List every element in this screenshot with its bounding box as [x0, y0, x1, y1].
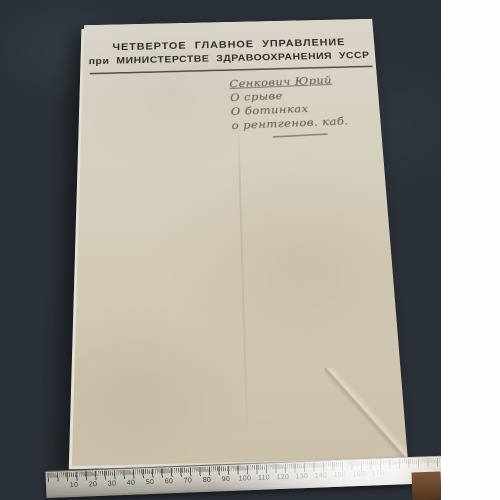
handwriting-underline-stroke [273, 133, 328, 138]
corner-fold [325, 366, 408, 460]
paper-crease [237, 120, 248, 435]
document-cover: ЧЕТВЕРТОЕ ГЛАВНОЕ УПРАВЛЕНИЕ при МИНИСТЕ… [72, 19, 408, 467]
image-margin [441, 0, 500, 500]
document-header: ЧЕТВЕРТОЕ ГЛАВНОЕ УПРАВЛЕНИЕ при МИНИСТЕ… [83, 19, 376, 67]
ruler-wood-end [412, 472, 441, 500]
photo-of-document: ЧЕТВЕРТОЕ ГЛАВНОЕ УПРАВЛЕНИЕ при МИНИСТЕ… [0, 0, 500, 500]
photo-background: ЧЕТВЕРТОЕ ГЛАВНОЕ УПРАВЛЕНИЕ при МИНИСТЕ… [0, 0, 441, 500]
handwritten-notes: Сенкович ЮрийО срывеО ботинкахо рентгено… [229, 72, 392, 134]
header-underline [90, 66, 373, 75]
